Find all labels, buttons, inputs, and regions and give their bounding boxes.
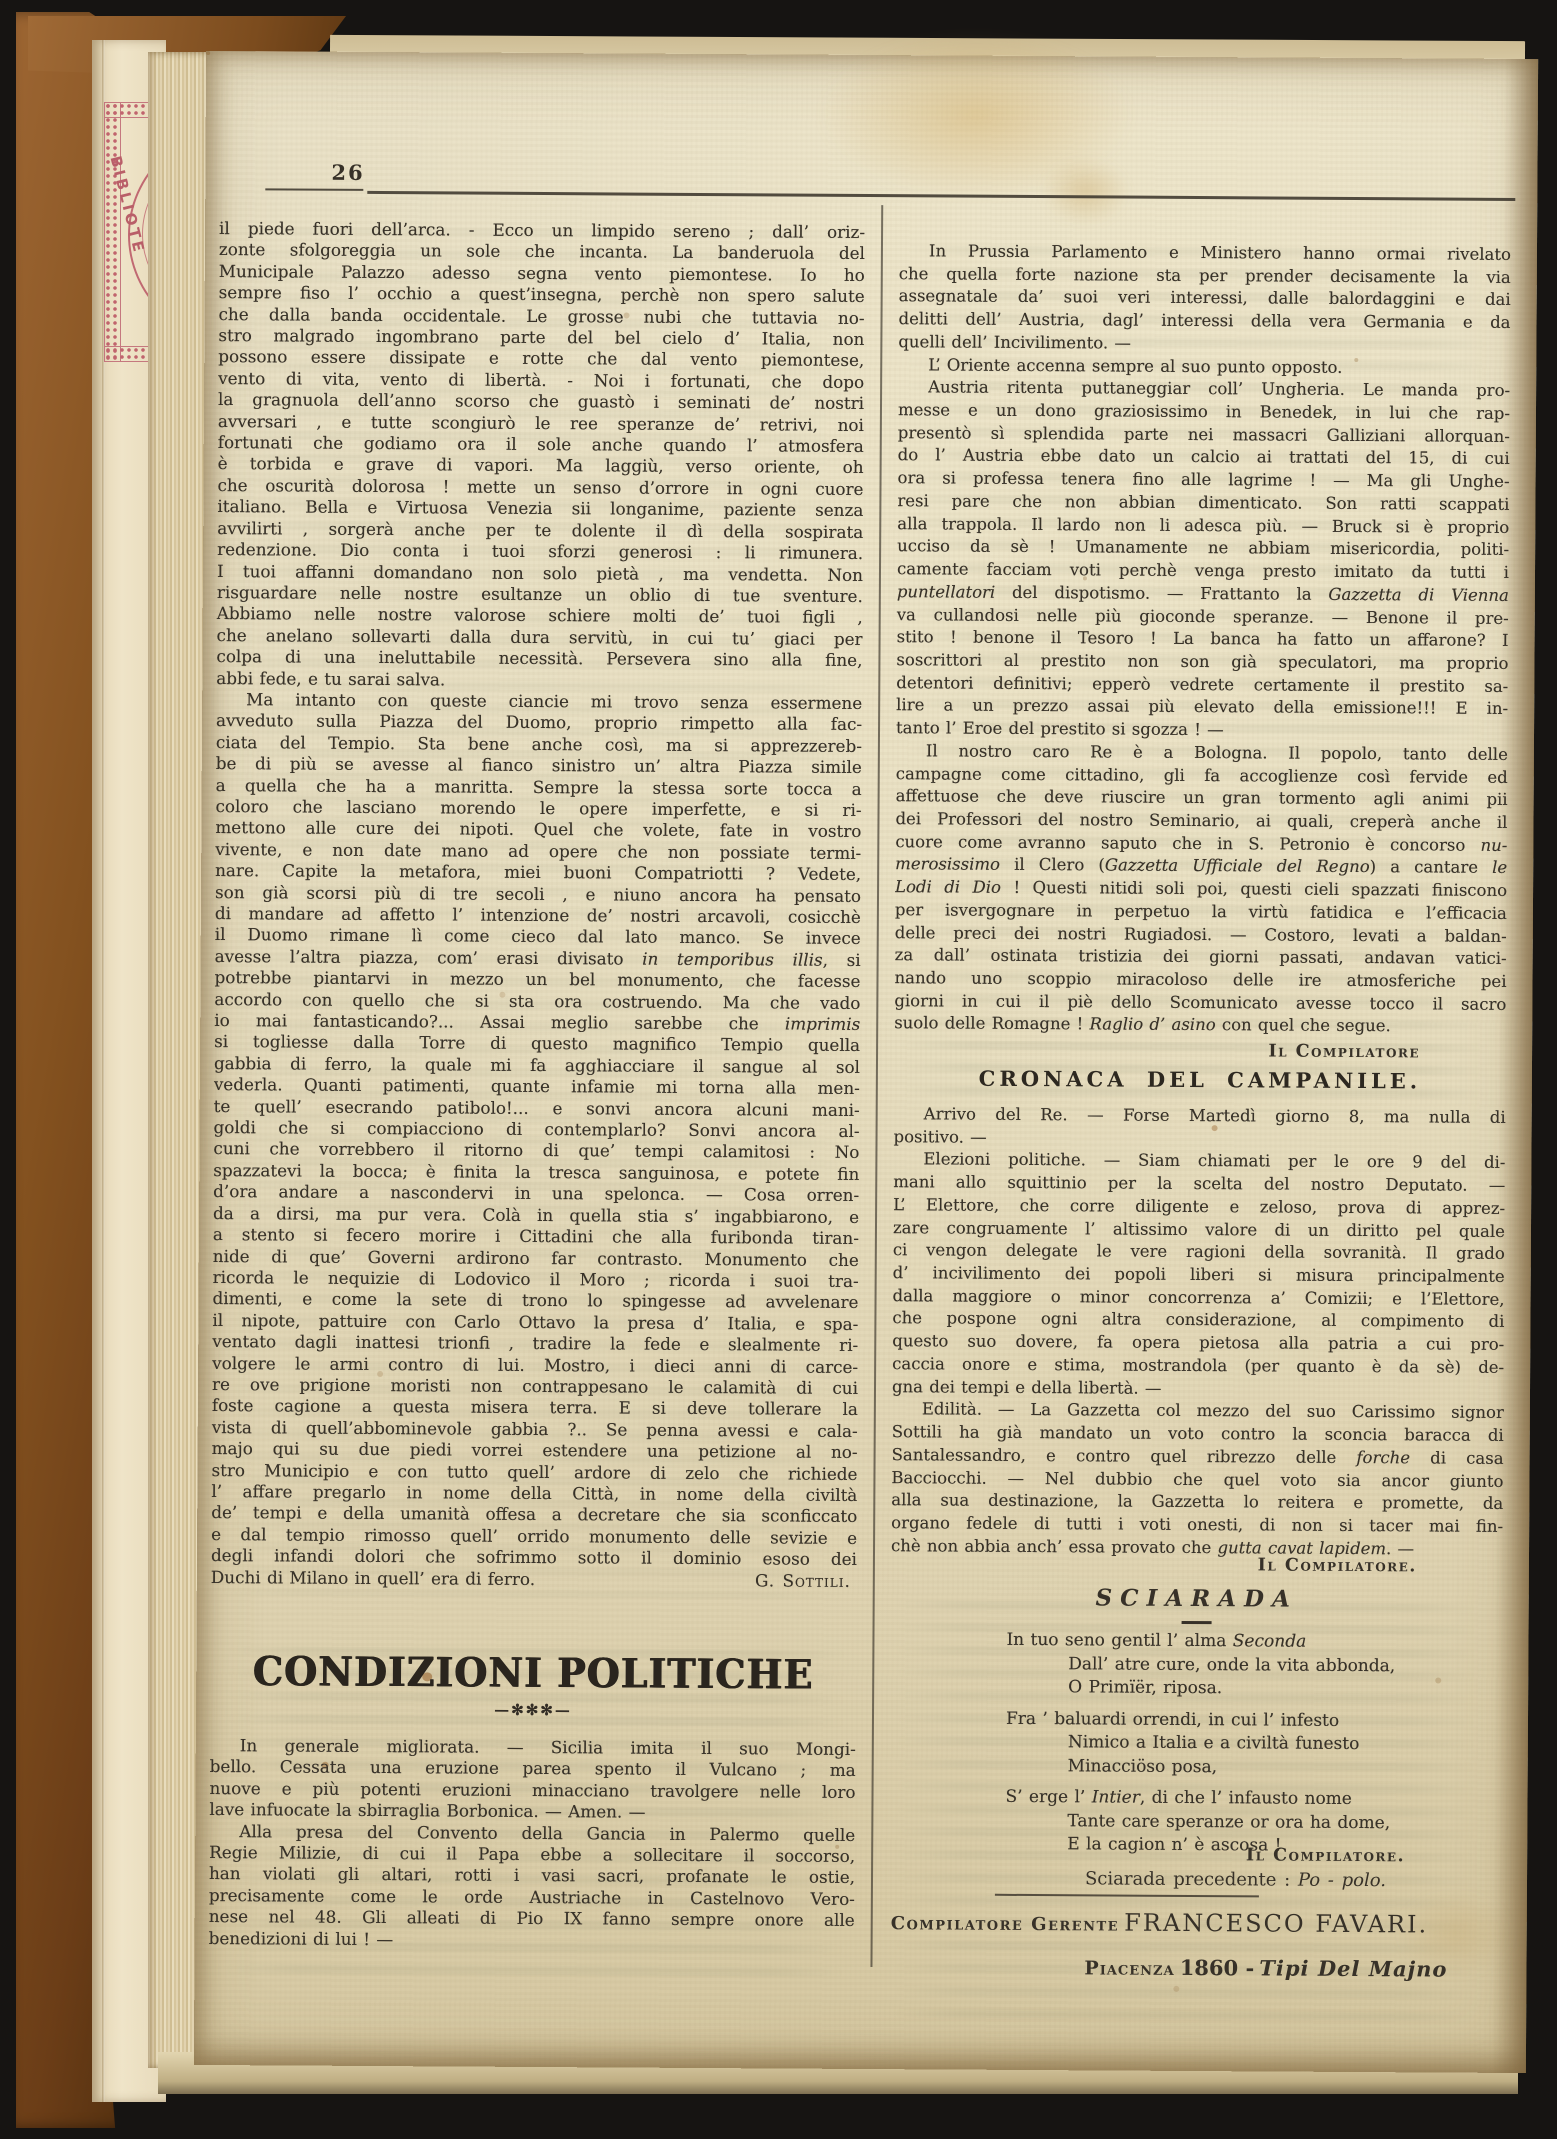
imprint-place: Piacenza bbox=[1084, 1957, 1174, 1980]
text-line: suolo delle Romagne ! Raglio d’ asino co… bbox=[894, 1013, 1506, 1039]
stamp-ornament-border bbox=[104, 102, 121, 362]
text-line: camente facciam voti perchè venga presto… bbox=[897, 558, 1509, 584]
text-line: Duchi di Milano in quell’ era di ferro.G… bbox=[211, 1567, 857, 1592]
author-signature: G. Sottili. bbox=[755, 1570, 851, 1592]
byline-compilatore: Il Compilatore. bbox=[891, 1553, 1503, 1577]
text-line: soscrittori al prestito non son già spec… bbox=[896, 649, 1508, 675]
imprint-line: Piacenza 1860 - Tipi Del Majno bbox=[1084, 1954, 1447, 1981]
left-column: il piede fuori dell’arca. - Ecco un limp… bbox=[208, 51, 866, 2069]
scanned-newspaper-page: BIBLIOTE 26 il piede fuori dell’arca. - … bbox=[0, 0, 1557, 2139]
imprint-year: 1860 - bbox=[1180, 1955, 1255, 1980]
text-line: dei Professori del nostro Seminario, ai … bbox=[895, 808, 1507, 834]
text-line: Sottili ha già mandato un voto contro la… bbox=[892, 1421, 1504, 1447]
cronaca-body: Arrivo del Re. — Forse Martedì giorno 8,… bbox=[891, 1103, 1506, 1561]
byline-compilatore: Il Compilatore. bbox=[889, 1843, 1501, 1867]
text-line: O Primïër, riposa. bbox=[1068, 1676, 1502, 1702]
section-title-cronaca-del-campanile: CRONACA DEL CAMPANILE. bbox=[894, 1065, 1506, 1094]
text-line: Nimico a Italia e a civiltà funesto bbox=[1068, 1731, 1502, 1757]
text-line: caccia onore e stima, mostrandola (per q… bbox=[892, 1353, 1504, 1379]
text-line: benedizioni di lui ! — bbox=[209, 1928, 855, 1953]
foxing-specks bbox=[206, 51, 210, 55]
text-line: Arrivo del Re. — Forse Martedì giorno 8,… bbox=[894, 1103, 1506, 1129]
text-line: In Prussia Parlamento e Ministero hanno … bbox=[899, 240, 1511, 266]
text-line: Tante care speranze or ora ha dome, bbox=[1067, 1810, 1501, 1836]
condizioni-politiche-body: In generale migliorata. — Sicilia imita … bbox=[209, 1735, 856, 1953]
imprint-printer: Tipi Del Majno bbox=[1259, 1955, 1447, 1981]
previous-sciarada-solution: Sciarada precedente : Po - polo. bbox=[1085, 1868, 1386, 1891]
byline-compilatore: Il Compilatore bbox=[894, 1039, 1506, 1063]
newspaper-sheet: 26 il piede fuori dell’arca. - Ecco un l… bbox=[194, 51, 1538, 2073]
text-line: d’ incivilimento dei popoli liberi si mi… bbox=[893, 1262, 1505, 1288]
text-line: In tuo seno gentil l’ alma Seconda bbox=[1006, 1629, 1502, 1656]
text-line: organo fedele di tutti i voti onesti, di… bbox=[891, 1512, 1503, 1538]
editor-title: Compilatore Gerente bbox=[891, 1913, 1119, 1935]
text-line: L’ Elettore, che corre diligente e zelos… bbox=[893, 1194, 1505, 1220]
sciarada-poem: In tuo seno gentil l’ alma SecondaDall’ … bbox=[1005, 1629, 1502, 1860]
text-line: Santalessandro, e contro quel ribrezzo d… bbox=[892, 1444, 1504, 1470]
text-line: Dall’ atre cure, onde la vita abbonda, bbox=[1068, 1653, 1502, 1679]
text-line: messe e un dono graziosissimo in Benedek… bbox=[898, 399, 1510, 425]
section-title-condizioni-politiche: CONDIZIONI POLITICHE bbox=[210, 1647, 856, 1699]
text-line: resi pare che non abbian dimenticato. So… bbox=[897, 490, 1509, 516]
ornament-divider: —✻✻✻— bbox=[210, 1699, 856, 1721]
text-line: Minacciöso posa, bbox=[1068, 1755, 1502, 1781]
text-line: S’ erge l’ Intier, di che l’ infausto no… bbox=[1005, 1786, 1501, 1813]
stamp-ornament-border bbox=[104, 102, 154, 118]
political-news-body: In Prussia Parlamento e Ministero hanno … bbox=[894, 240, 1511, 1039]
text-line: puntellatori del dispotismo. — Frattanto… bbox=[897, 581, 1509, 607]
managing-editor-line: Compilatore Gerente FRANCESCO FAVARI. bbox=[891, 1907, 1429, 1938]
text-line: per isvergognare in perpetuo la virtù fa… bbox=[895, 899, 1507, 925]
title-dash-rule bbox=[1182, 1621, 1212, 1624]
editor-name: FRANCESCO FAVARI. bbox=[1124, 1909, 1428, 1939]
text-line: Il nostro caro Re è a Bologna. Il popolo… bbox=[896, 740, 1508, 766]
text-line: nando uno scoppio miracoloso delle ire a… bbox=[894, 967, 1506, 993]
section-title-sciarada: SCIARADA bbox=[891, 1583, 1503, 1614]
text-line: Fra ’ baluardi orrendi, in cui l’ infest… bbox=[1006, 1707, 1502, 1734]
footer-rule bbox=[995, 1894, 1259, 1898]
text-line: quelli dell’ Incivilimento. — bbox=[898, 331, 1510, 357]
library-stamp: BIBLIOTE bbox=[98, 98, 154, 370]
stamp-ornament-border bbox=[104, 346, 154, 362]
right-column: In Prussia Parlamento e Ministero hanno … bbox=[888, 55, 1512, 2073]
article-continuation: il piede fuori dell’arca. - Ecco un limp… bbox=[211, 218, 865, 1592]
